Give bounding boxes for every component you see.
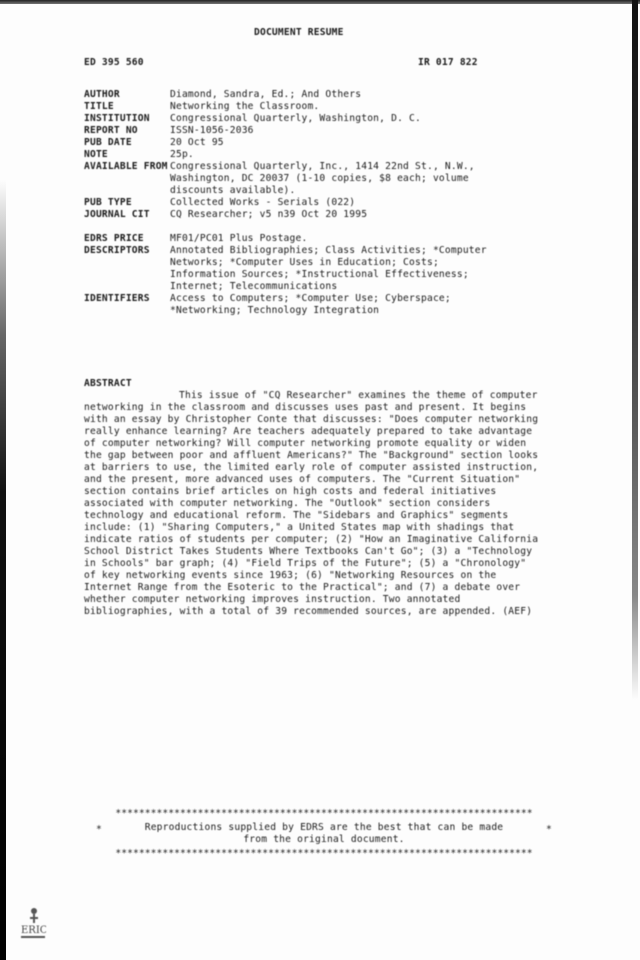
notice-border-bottom: ****************************************…	[96, 848, 552, 860]
field-value: CQ Researcher; v5 n39 Oct 20 1995	[170, 209, 554, 221]
field-row: EDRS PRICEMF01/PC01 Plus Postage.	[84, 233, 554, 245]
field-label: JOURNAL CIT	[84, 209, 170, 221]
notice-border-top: ****************************************…	[96, 808, 552, 820]
abstract-text: This issue of "CQ Researcher" examines t…	[84, 390, 539, 618]
field-label: REPORT NO	[84, 125, 170, 137]
field-label: TITLE	[84, 101, 170, 113]
field-row: INSTITUTIONCongressional Quarterly, Wash…	[84, 113, 554, 125]
metadata-fields: AUTHORDiamond, Sandra, Ed.; And OthersTI…	[84, 89, 554, 317]
field-value: Annotated Bibliographies; Class Activiti…	[170, 245, 554, 293]
field-label: EDRS PRICE	[84, 233, 170, 245]
field-label: NOTE	[84, 149, 170, 161]
field-row: DESCRIPTORSAnnotated Bibliographies; Cla…	[84, 245, 554, 293]
abstract-label: ABSTRACT	[84, 378, 539, 390]
reproduction-notice: ****************************************…	[96, 808, 552, 860]
field-label: IDENTIFIERS	[84, 293, 170, 317]
field-row: JOURNAL CITCQ Researcher; v5 n39 Oct 20 …	[84, 209, 554, 221]
ir-number: IR 017 822	[418, 57, 478, 69]
field-value: Congressional Quarterly, Inc., 1414 22nd…	[170, 161, 554, 197]
field-value: Collected Works - Serials (022)	[170, 197, 554, 209]
ed-number: ED 395 560	[84, 57, 144, 69]
scan-top-edge	[0, 0, 640, 4]
field-value: Diamond, Sandra, Ed.; And Others	[170, 89, 554, 101]
field-row: NOTE25p.	[84, 149, 554, 161]
abstract-section: ABSTRACT This issue of "CQ Researcher" e…	[84, 378, 539, 618]
field-value: 20 Oct 95	[170, 137, 554, 149]
field-value: 25p.	[170, 149, 554, 161]
scan-right-edge	[632, 0, 638, 700]
eric-logo-icon: ERIC	[20, 905, 46, 941]
document-title: DOCUMENT RESUME	[254, 27, 344, 39]
field-row: REPORT NOISSN-1056-2036	[84, 125, 554, 137]
notice-line-1: Reproductions supplied by EDRS are the b…	[96, 822, 552, 834]
field-row: AVAILABLE FROMCongressional Quarterly, I…	[84, 161, 554, 197]
field-value: Networking the Classroom.	[170, 101, 554, 113]
field-row: PUB TYPECollected Works - Serials (022)	[84, 197, 554, 209]
scan-left-edge	[0, 180, 6, 960]
notice-side-left: *	[96, 824, 102, 836]
field-label: AUTHOR	[84, 89, 170, 101]
notice-side-right: *	[546, 824, 552, 836]
field-label: AVAILABLE FROM	[84, 161, 170, 197]
field-row: TITLENetworking the Classroom.	[84, 101, 554, 113]
svg-text:ERIC: ERIC	[21, 925, 46, 936]
notice-line-2: from the original document.	[96, 834, 552, 846]
field-label: PUB DATE	[84, 137, 170, 149]
field-value: MF01/PC01 Plus Postage.	[170, 233, 554, 245]
field-value: ISSN-1056-2036	[170, 125, 554, 137]
field-label: PUB TYPE	[84, 197, 170, 209]
field-label: INSTITUTION	[84, 113, 170, 125]
field-row: AUTHORDiamond, Sandra, Ed.; And Others	[84, 89, 554, 101]
field-row: IDENTIFIERSAccess to Computers; *Compute…	[84, 293, 554, 317]
field-label: DESCRIPTORS	[84, 245, 170, 293]
field-value: Congressional Quarterly, Washington, D. …	[170, 113, 554, 125]
field-value: Access to Computers; *Computer Use; Cybe…	[170, 293, 554, 317]
field-row: PUB DATE20 Oct 95	[84, 137, 554, 149]
